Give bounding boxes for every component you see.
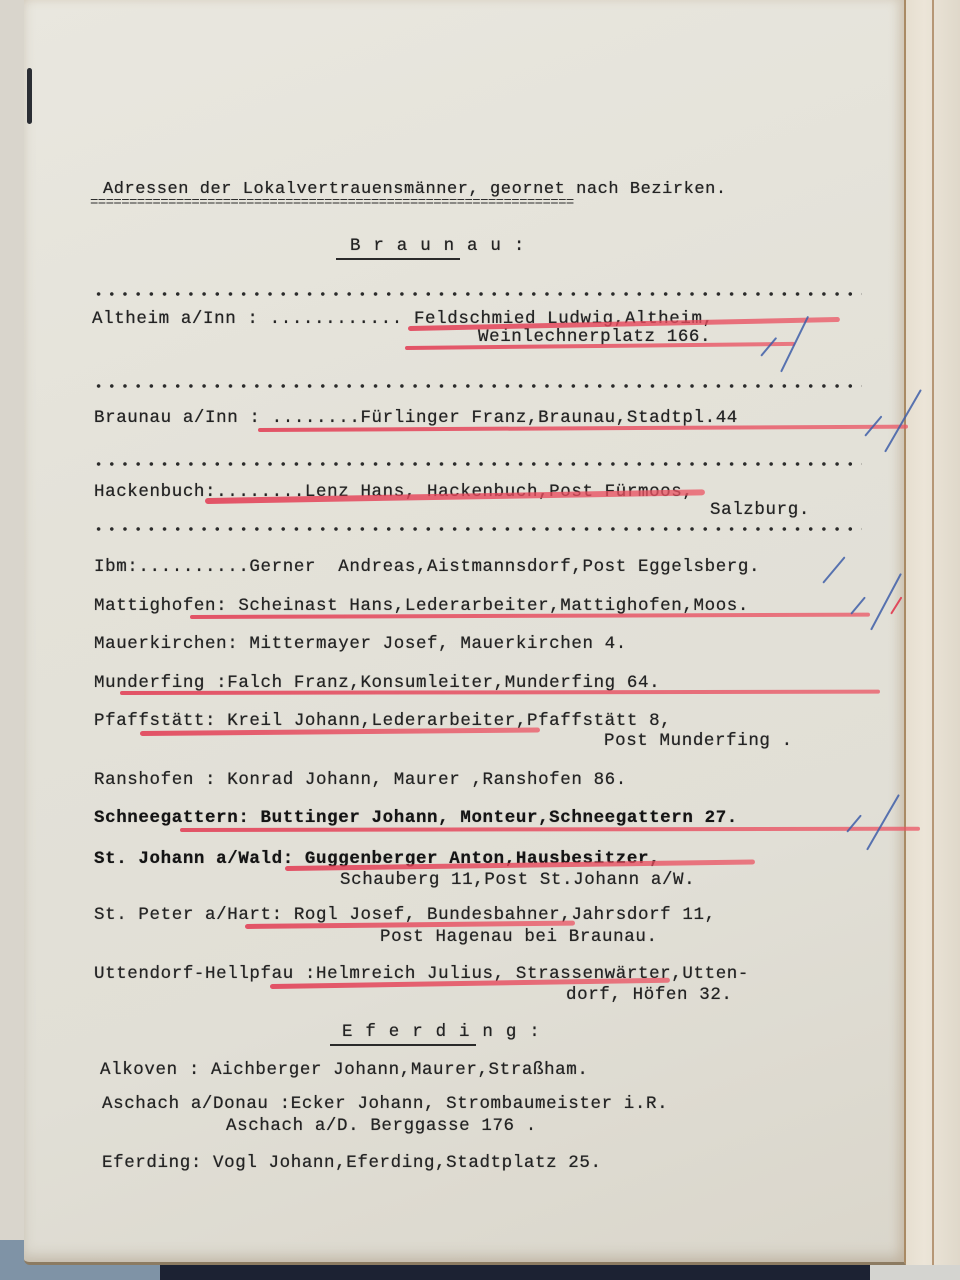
dotted-rule <box>92 527 862 531</box>
entry-mauerkirchen: Mauerkirchen: Mittermayer Josef, Mauerki… <box>94 634 627 654</box>
entry-alkoven: Alkoven : Aichberger Johann,Maurer,Straß… <box>100 1060 588 1080</box>
staple-icon <box>27 68 32 124</box>
entry-pfaffstaett-cont: Post Munderfing . <box>604 731 793 751</box>
dotted-rule <box>92 462 862 466</box>
entry-aschach-cont: Aschach a/D. Berggasse 176 . <box>226 1116 537 1136</box>
entry-eferding: Eferding: Vogl Johann,Eferding,Stadtplat… <box>102 1153 602 1173</box>
title-separator: ========================================… <box>90 196 574 210</box>
section-heading-braunau: B r a u n a u : <box>350 236 526 256</box>
entry-uttendorf-cont: dorf, Höfen 32. <box>566 985 733 1005</box>
dotted-rule <box>92 292 862 296</box>
underlying-sheet-edge <box>932 0 934 1265</box>
entry-aschach: Aschach a/Donau :Ecker Johann, Strombaum… <box>102 1094 668 1114</box>
entry-schneegattern: Schneegattern: Buttinger Johann, Monteur… <box>94 808 738 828</box>
section-heading-eferding: E f e r d i n g : <box>342 1022 541 1042</box>
entry-hackenbuch-cont: Salzburg. <box>710 500 810 520</box>
underlying-sheet <box>900 0 960 1265</box>
heading-underline <box>330 1044 476 1046</box>
entry-st-johann-cont: Schauberg 11,Post St.Johann a/W. <box>340 870 695 890</box>
entry-st-peter-cont: Post Hagenau bei Braunau. <box>380 927 658 947</box>
heading-underline <box>336 258 460 260</box>
entry-ranshofen: Ranshofen : Konrad Johann, Maurer ,Ransh… <box>94 770 627 790</box>
entry-ibm: Ibm:..........Gerner Andreas,Aistmannsdo… <box>94 557 760 577</box>
dotted-rule <box>92 384 862 388</box>
